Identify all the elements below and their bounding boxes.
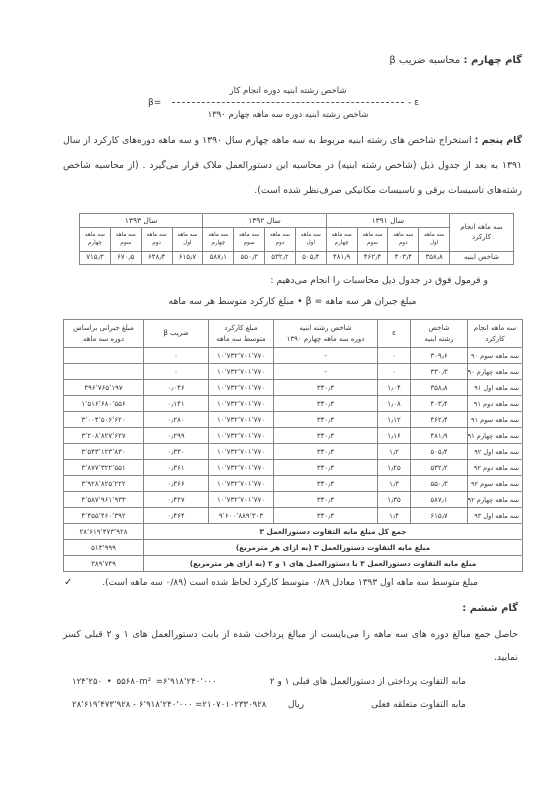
cell-avg-amount: ۱۰٬۷۳۲٬۷۰۱٬۷۷۰ xyxy=(209,492,274,508)
cell-base-index: ۳۳۰٫۳ xyxy=(274,508,378,524)
cell-period: سه ماهه سوم ۹۱ xyxy=(468,412,523,428)
cell-period: سه ماهه چهارم ۹۱ xyxy=(468,428,523,444)
corner-line-1: سه ماهه انجام xyxy=(450,222,513,232)
cell-compensation: ۴٬۵۸۷٬۹۶۱٬۹۳۳ xyxy=(64,492,144,508)
cell-compensation: ۴۹۶٬۷۶۵٬۱۹۷ xyxy=(64,380,144,396)
step4-heading: گام چهارم : محاسبه ضریب β xyxy=(389,54,522,68)
header-index: شاخصرشته ابنیه xyxy=(411,320,468,348)
cell-avg-amount: ۱۰٬۷۳۲٬۷۰۱٬۷۷۰ xyxy=(209,396,274,412)
step5-line-2-text: ۱۳۹۱ به بعد از جدول ذیل (شاخص رشته ابنیه… xyxy=(63,160,522,171)
header-line: مبلغ جبرانی براساس xyxy=(64,323,143,334)
cell-period: سه ماهه اول ۹۲ xyxy=(468,444,523,460)
cell-beta: ۰٫۳۶۱ xyxy=(144,460,209,476)
header-line: ضریب β xyxy=(144,328,208,339)
index-value: ۴۶۲٫۴ xyxy=(357,251,388,264)
index-value: ۵۵۰٫۳ xyxy=(234,251,265,264)
cell-compensation: ۳٬۹۲۸٬۸۲۵٬۲۲۲ xyxy=(64,476,144,492)
cell-index: ۵۵۰٫۳ xyxy=(411,476,468,492)
beta-formula-epsilon: - ε xyxy=(408,96,419,110)
index-value: ۵۳۲٫۲ xyxy=(265,251,296,264)
table-row: سه ماهه اول ۹۱ ۳۵۸٫۸ ۱٫۰۴ ۳۳۰٫۳ ۱۰٬۷۳۲٬۷… xyxy=(64,380,523,396)
cell-base-index: ۳۳۰٫۳ xyxy=(274,412,378,428)
step6-paragraph-line-2: نمایید. xyxy=(494,650,518,666)
header-line: ε xyxy=(378,328,410,339)
table-row: سه ماهه دوم ۹۱ ۴۰۳٫۴ ۱٫۰۸ ۳۳۰٫۳ ۱۰٬۷۳۲٬۷… xyxy=(64,396,523,412)
cell-base-index: - xyxy=(274,364,378,380)
cell-base-index: ۳۳۰٫۳ xyxy=(274,476,378,492)
cell-beta: ۰٫۲۹۹ xyxy=(144,428,209,444)
step5-title: گام پنجم : xyxy=(475,135,522,146)
cell-avg-amount: ۱۰٬۷۳۲٬۷۰۱٬۷۷۰ xyxy=(209,476,274,492)
header-line: دوره سه ماهه xyxy=(64,334,143,345)
header-base-index: شاخص رشته ابنیهدوره سه ماهه چهارم ۱۳۹۰ xyxy=(274,320,378,348)
header-period: سه ماهه انجامکارکرد xyxy=(468,320,523,348)
current-difference-label: مابه التفاوت متعلقه فعلی xyxy=(371,697,466,713)
index-value: ۶۴۸٫۴ xyxy=(141,251,172,264)
quarter-label: سه ماهه xyxy=(296,231,326,239)
cell-period: سه ماهه سوم ۹۲ xyxy=(468,476,523,492)
cell-period: سه ماهه دوم ۹۱ xyxy=(468,396,523,412)
cell-compensation: ۳٬۲۰۸٬۸۲۷٬۶۲۷ xyxy=(64,428,144,444)
header-line: رشته ابنیه xyxy=(411,334,467,345)
quarter-label: سه ماهه xyxy=(234,231,264,239)
cell-avg-amount: ۱۰٬۷۳۲٬۷۰۱٬۷۷۰ xyxy=(209,412,274,428)
paid-difference-label: مابه التفاوت پرداختی از دستورالعمل های ق… xyxy=(270,674,466,690)
quarter-label: سه ماهه xyxy=(80,231,110,239)
header-beta: ضریب β xyxy=(144,320,209,348)
cell-period: سه ماهه چهارم ۹۰ xyxy=(468,364,523,380)
document-page: گام چهارم : محاسبه ضریب β β= شاخص رشته ا… xyxy=(0,0,557,800)
index-table: سه ماهه انجام کارکرد سال ۱۳۹۱ سال ۱۳۹۲ س… xyxy=(79,213,514,265)
quarter-label: سه ماهه xyxy=(111,231,141,239)
quarter-name: دوم xyxy=(265,239,295,247)
compensation-formula: مبلغ جبران هر سه ماهه = β • مبلغ کارکرد … xyxy=(63,294,522,310)
cell-period: سه ماهه اول ۹۳ xyxy=(468,508,523,524)
cell-base-index: - xyxy=(274,348,378,364)
quarter-name: چهارم xyxy=(80,239,110,247)
cell-beta: ۰٫۳۳۰ xyxy=(144,444,209,460)
cell-avg-amount: ۱۰٬۷۳۲٬۷۰۱٬۷۷۰ xyxy=(209,444,274,460)
header-line: شاخص xyxy=(411,323,467,334)
cell-beta: ۰٫۴۶۴ xyxy=(144,508,209,524)
cell-compensation: ۳٬۸۷۷٬۳۲۲٬۵۵۱ xyxy=(64,460,144,476)
cell-base-index: ۳۳۰٫۳ xyxy=(274,380,378,396)
quarter-label: سه ماهه xyxy=(358,231,388,239)
quarter-header: سه ماههاول xyxy=(172,228,203,251)
header-line: متوسط سه ماهه xyxy=(209,334,273,345)
table-row: سه ماهه اول ۹۳ ۶۱۵٫۷ ۱٫۴ ۳۳۰٫۳ ۹٬۶۰۰٬۸۸۹… xyxy=(64,508,523,524)
cell-beta: ۰٫۴۲۷ xyxy=(144,492,209,508)
index-table-value-row: شاخص ابنیه ۳۵۸٫۸ ۴۰۳٫۴ ۴۶۲٫۴ ۴۸۱٫۹ ۵۰۵٫۴… xyxy=(80,251,514,264)
year-header-1393: سال ۱۳۹۳ xyxy=(80,214,203,228)
cell-epsilon: ۱٫۲ xyxy=(378,444,411,460)
quarter-header: سه ماههچهارم xyxy=(80,228,111,251)
table-row: سه ماهه سوم ۹۰ ۳۰۹٫۶ ۰ - ۱۰٬۷۳۲٬۷۰۱٬۷۷۰ … xyxy=(64,348,523,364)
cell-avg-amount: ۱۰٬۷۳۲٬۷۰۱٬۷۷۰ xyxy=(209,364,274,380)
cell-index: ۴۰۳٫۴ xyxy=(411,396,468,412)
cell-beta: ۰٫۲۸۰ xyxy=(144,412,209,428)
quarter-name: سوم xyxy=(358,239,388,247)
table-row: سه ماهه دوم ۹۲ ۵۳۲٫۲ ۱٫۲۵ ۳۳۰٫۳ ۱۰٬۷۳۲٬۷… xyxy=(64,460,523,476)
cell-avg-amount: ۱۰٬۷۳۲٬۷۰۱٬۷۷۰ xyxy=(209,380,274,396)
quarter-label: سه ماهه xyxy=(173,231,203,239)
cell-epsilon: ۱٫۳ xyxy=(378,476,411,492)
cell-base-index: ۳۳۰٫۳ xyxy=(274,444,378,460)
header-line: دوره سه ماهه چهارم ۱۳۹۰ xyxy=(274,334,377,345)
current-difference-expression: ۲۸٬۶۱۹٬۴۷۳٬۹۲۸ - ۶٬۹۱۸٬۲۴۰٬۰۰۰ =۲۱۰۷۰۱۰۲… xyxy=(72,697,266,713)
cell-compensation: ۳٬۰۰۴٬۵۰۶٬۶۲۰ xyxy=(64,412,144,428)
quarter-name: اول xyxy=(296,239,326,247)
year-header-1391: سال ۱۳۹۱ xyxy=(326,214,449,228)
header-line: کارکرد xyxy=(468,334,522,345)
index-table-corner: سه ماهه انجام کارکرد xyxy=(450,214,514,252)
header-line: سه ماهه انجام xyxy=(468,323,522,334)
quarter-header: سه ماههچهارم xyxy=(326,228,357,251)
header-epsilon: ε xyxy=(378,320,411,348)
cell-compensation: ۳٬۵۴۳٬۱۲۳٬۸۳۰ xyxy=(64,444,144,460)
quarter-name: سوم xyxy=(111,239,141,247)
step5-line-3: رشته‌های تاسیسات برقی و تاسیسات مکانیکی … xyxy=(63,183,522,208)
quarter-name: اول xyxy=(173,239,203,247)
cell-period: سه ماهه اول ۹۱ xyxy=(468,380,523,396)
cell-index: ۳۵۸٫۸ xyxy=(411,380,468,396)
cell-compensation: ۱٬۵۱۶٬۶۸۰٬۵۵۶ xyxy=(64,396,144,412)
note-text: مبلغ متوسط سه ماهه اول ۱۳۹۳ معادل ۰/۸۹ م… xyxy=(102,575,478,591)
cell-beta: ۰٫۳۶۶ xyxy=(144,476,209,492)
cell-beta: ۰ xyxy=(144,364,209,380)
header-avg-amount: مبلغ کارکردمتوسط سه ماهه xyxy=(209,320,274,348)
cell-compensation xyxy=(64,364,144,380)
cell-index: ۳۰۹٫۶ xyxy=(411,348,468,364)
quarter-label: سه ماهه xyxy=(327,231,357,239)
cell-period: سه ماهه دوم ۹۲ xyxy=(468,460,523,476)
table-row: سه ماهه چهارم ۹۱ ۴۸۱٫۹ ۱٫۱۶ ۳۳۰٫۳ ۱۰٬۷۳۲… xyxy=(64,428,523,444)
quarter-header: سه ماههسوم xyxy=(234,228,265,251)
summary-label: مبلغ مابه التفاوت دستورالعمل ۳ (به ازای … xyxy=(144,540,523,556)
quarter-label: سه ماهه xyxy=(142,231,172,239)
cell-avg-amount: ۹٬۶۰۰٬۸۸۹٬۳۰۳ xyxy=(209,508,274,524)
cell-index: ۵۳۲٫۲ xyxy=(411,460,468,476)
cell-epsilon: ۰ xyxy=(378,348,411,364)
cell-epsilon: ۱٫۰۸ xyxy=(378,396,411,412)
quarter-header: سه ماههدوم xyxy=(265,228,296,251)
step4-text: محاسبه ضریب β xyxy=(389,55,460,66)
cell-epsilon: ۱٫۲۵ xyxy=(378,460,411,476)
summary-row-per-m2: مبلغ مابه التفاوت دستورالعمل ۳ (به ازای … xyxy=(64,540,523,556)
quarter-header: سه ماههدوم xyxy=(388,228,419,251)
index-value: ۵۰۵٫۴ xyxy=(295,251,326,264)
quarter-header: سه ماههسوم xyxy=(110,228,141,251)
cell-avg-amount: ۱۰٬۷۳۲٬۷۰۱٬۷۷۰ xyxy=(209,348,274,364)
summary-value: ۳۸۹٬۷۴۹ xyxy=(64,556,144,572)
step5-paragraph: گام پنجم : استخراج شاخص های رشته ابنیه م… xyxy=(63,133,522,208)
table-row: سه ماهه سوم ۹۱ ۴۶۲٫۴ ۱٫۱۲ ۳۳۰٫۳ ۱۰٬۷۳۲٬۷… xyxy=(64,412,523,428)
cell-compensation xyxy=(64,348,144,364)
summary-value: ۲۸٬۶۱۹٬۴۷۳٬۹۲۸ xyxy=(64,524,144,540)
summary-label: مبلغ مابه التفاوت دستورالعمل ۳ با دستورا… xyxy=(144,556,523,572)
quarter-label: سه ماهه xyxy=(265,231,295,239)
compensation-table-header: سه ماهه انجامکارکرد شاخصرشته ابنیه ε شاخ… xyxy=(64,320,523,348)
summary-row-total: جمع کل مبلغ مابه التفاوت دستورالعمل ۳ ۲۸… xyxy=(64,524,523,540)
index-value: ۶۱۵٫۷ xyxy=(172,251,203,264)
cell-beta: ۰ xyxy=(144,348,209,364)
corner-line-2: کارکرد xyxy=(450,232,513,242)
quarter-name: چهارم xyxy=(203,239,233,247)
step5-line-1-text: استخراج شاخص های رشته ابنیه مربوط به سه … xyxy=(63,135,472,146)
index-table-year-row: سه ماهه انجام کارکرد سال ۱۳۹۱ سال ۱۳۹۲ س… xyxy=(80,214,514,228)
quarter-name: چهارم xyxy=(327,239,357,247)
quarter-label: سه ماهه xyxy=(388,231,418,239)
beta-formula-denominator: شاخص رشته ابنیه دوره سه ماهه چهارم ۱۳۹۰ xyxy=(172,108,404,122)
index-value: ۷۱۵٫۳ xyxy=(80,251,111,264)
step6-line-1-text: حاصل جمع مبالغ دوره های سه ماهه را می‌با… xyxy=(63,629,518,640)
table-row: سه ماهه اول ۹۲ ۵۰۵٫۴ ۱٫۲ ۳۳۰٫۳ ۱۰٬۷۳۲٬۷۰… xyxy=(64,444,523,460)
step6-title: گام ششم : xyxy=(462,601,518,617)
cell-epsilon: ۱٫۱۶ xyxy=(378,428,411,444)
compensation-table: سه ماهه انجامکارکرد شاخصرشته ابنیه ε شاخ… xyxy=(63,319,523,572)
quarter-label: سه ماهه xyxy=(203,231,233,239)
cell-index: ۴۶۲٫۴ xyxy=(411,412,468,428)
quarter-name: سوم xyxy=(234,239,264,247)
cell-beta: ۰٫۱۴۱ xyxy=(144,396,209,412)
cell-index: ۳۳۰٫۳ xyxy=(411,364,468,380)
index-value: ۴۸۱٫۹ xyxy=(326,251,357,264)
index-value: ۵۸۷٫۱ xyxy=(203,251,234,264)
step5-line-2: ۱۳۹۱ به بعد از جدول ذیل (شاخص رشته ابنیه… xyxy=(63,158,522,183)
quarter-header: سه ماههچهارم xyxy=(203,228,234,251)
cell-index: ۵۸۷٫۱ xyxy=(411,492,468,508)
paid-difference-expression: ۱۲۴٬۲۵۰ • ۵۵۶۸۰m² =۶٬۹۱۸٬۲۴۰٬۰۰۰ xyxy=(72,674,217,690)
quarter-header: سه ماههدوم xyxy=(141,228,172,251)
beta-formula-lhs: β= xyxy=(148,96,161,110)
index-value: ۴۰۳٫۴ xyxy=(388,251,419,264)
header-compensation: مبلغ جبرانی براساسدوره سه ماهه xyxy=(64,320,144,348)
quarter-name: دوم xyxy=(142,239,172,247)
quarter-header: سه ماههاول xyxy=(295,228,326,251)
cell-base-index: ۳۳۰٫۳ xyxy=(274,492,378,508)
currency-unit: ریال xyxy=(288,697,304,713)
beta-formula-numerator: شاخص رشته ابنیه دوره انجام کار xyxy=(172,84,404,98)
cell-index: ۴۸۱٫۹ xyxy=(411,428,468,444)
cell-epsilon: ۱٫۴ xyxy=(378,508,411,524)
check-icon: ✓ xyxy=(64,575,72,591)
header-line: شاخص رشته ابنیه xyxy=(274,323,377,334)
cell-period: سه ماهه چهارم ۹۲ xyxy=(468,492,523,508)
cell-avg-amount: ۱۰٬۷۳۲٬۷۰۱٬۷۷۰ xyxy=(209,428,274,444)
cell-epsilon: ۱٫۳۵ xyxy=(378,492,411,508)
table-row: سه ماهه سوم ۹۲ ۵۵۰٫۳ ۱٫۳ ۳۳۰٫۳ ۱۰٬۷۳۲٬۷۰… xyxy=(64,476,523,492)
quarter-header: سه ماههسوم xyxy=(357,228,388,251)
summary-label: جمع کل مبلغ مابه التفاوت دستورالعمل ۳ xyxy=(144,524,523,540)
cell-base-index: ۳۳۰٫۳ xyxy=(274,396,378,412)
table-row: سه ماهه چهارم ۹۰ ۳۳۰٫۳ ۰ - ۱۰٬۷۳۲٬۷۰۱٬۷۷… xyxy=(64,364,523,380)
step5-line-1: گام پنجم : استخراج شاخص های رشته ابنیه م… xyxy=(63,133,522,158)
cell-base-index: ۳۳۰٫۳ xyxy=(274,460,378,476)
cell-epsilon: ۱٫۰۴ xyxy=(378,380,411,396)
quarter-name: دوم xyxy=(388,239,418,247)
year-header-1392: سال ۱۳۹۲ xyxy=(203,214,326,228)
index-value: ۶۷۰٫۵ xyxy=(110,251,141,264)
index-value: ۳۵۸٫۸ xyxy=(419,251,450,264)
cell-avg-amount: ۱۰٬۷۳۲٬۷۰۱٬۷۷۰ xyxy=(209,460,274,476)
cell-epsilon: ۰ xyxy=(378,364,411,380)
quarter-header: سه ماههاول xyxy=(419,228,450,251)
index-row-label: شاخص ابنیه xyxy=(450,251,514,264)
cell-index: ۶۱۵٫۷ xyxy=(411,508,468,524)
quarter-label: سه ماهه xyxy=(419,231,449,239)
quarter-name: اول xyxy=(419,239,449,247)
summary-row-difference-per-m2: مبلغ مابه التفاوت دستورالعمل ۳ با دستورا… xyxy=(64,556,523,572)
intro-line: و فرمول فوق در جدول ذیل محاسبات را انجام… xyxy=(270,273,488,289)
cell-period: سه ماهه سوم ۹۰ xyxy=(468,348,523,364)
cell-index: ۵۰۵٫۴ xyxy=(411,444,468,460)
cell-epsilon: ۱٫۱۲ xyxy=(378,412,411,428)
index-table-quarter-row: سه ماههاول سه ماههدوم سه ماههسوم سه ماهه… xyxy=(80,228,514,251)
table-row: سه ماهه چهارم ۹۲ ۵۸۷٫۱ ۱٫۳۵ ۳۳۰٫۳ ۱۰٬۷۳۲… xyxy=(64,492,523,508)
fraction-line xyxy=(172,102,404,103)
step4-title: گام چهارم : xyxy=(463,55,522,66)
step6-paragraph-line-1: حاصل جمع مبالغ دوره های سه ماهه را می‌با… xyxy=(63,627,518,643)
cell-beta: ۰٫۰۴۶ xyxy=(144,380,209,396)
summary-value: ۵۱۳٬۹۹۹ xyxy=(64,540,144,556)
step5-line-3-text: رشته‌های تاسیسات برقی و تاسیسات مکانیکی … xyxy=(254,185,522,196)
header-line: مبلغ کارکرد xyxy=(209,323,273,334)
beta-formula-fraction: شاخص رشته ابنیه دوره انجام کار شاخص رشته… xyxy=(172,84,404,122)
cell-base-index: ۳۳۰٫۳ xyxy=(274,428,378,444)
cell-compensation: ۴٬۴۵۵٬۴۶۰٬۳۹۲ xyxy=(64,508,144,524)
